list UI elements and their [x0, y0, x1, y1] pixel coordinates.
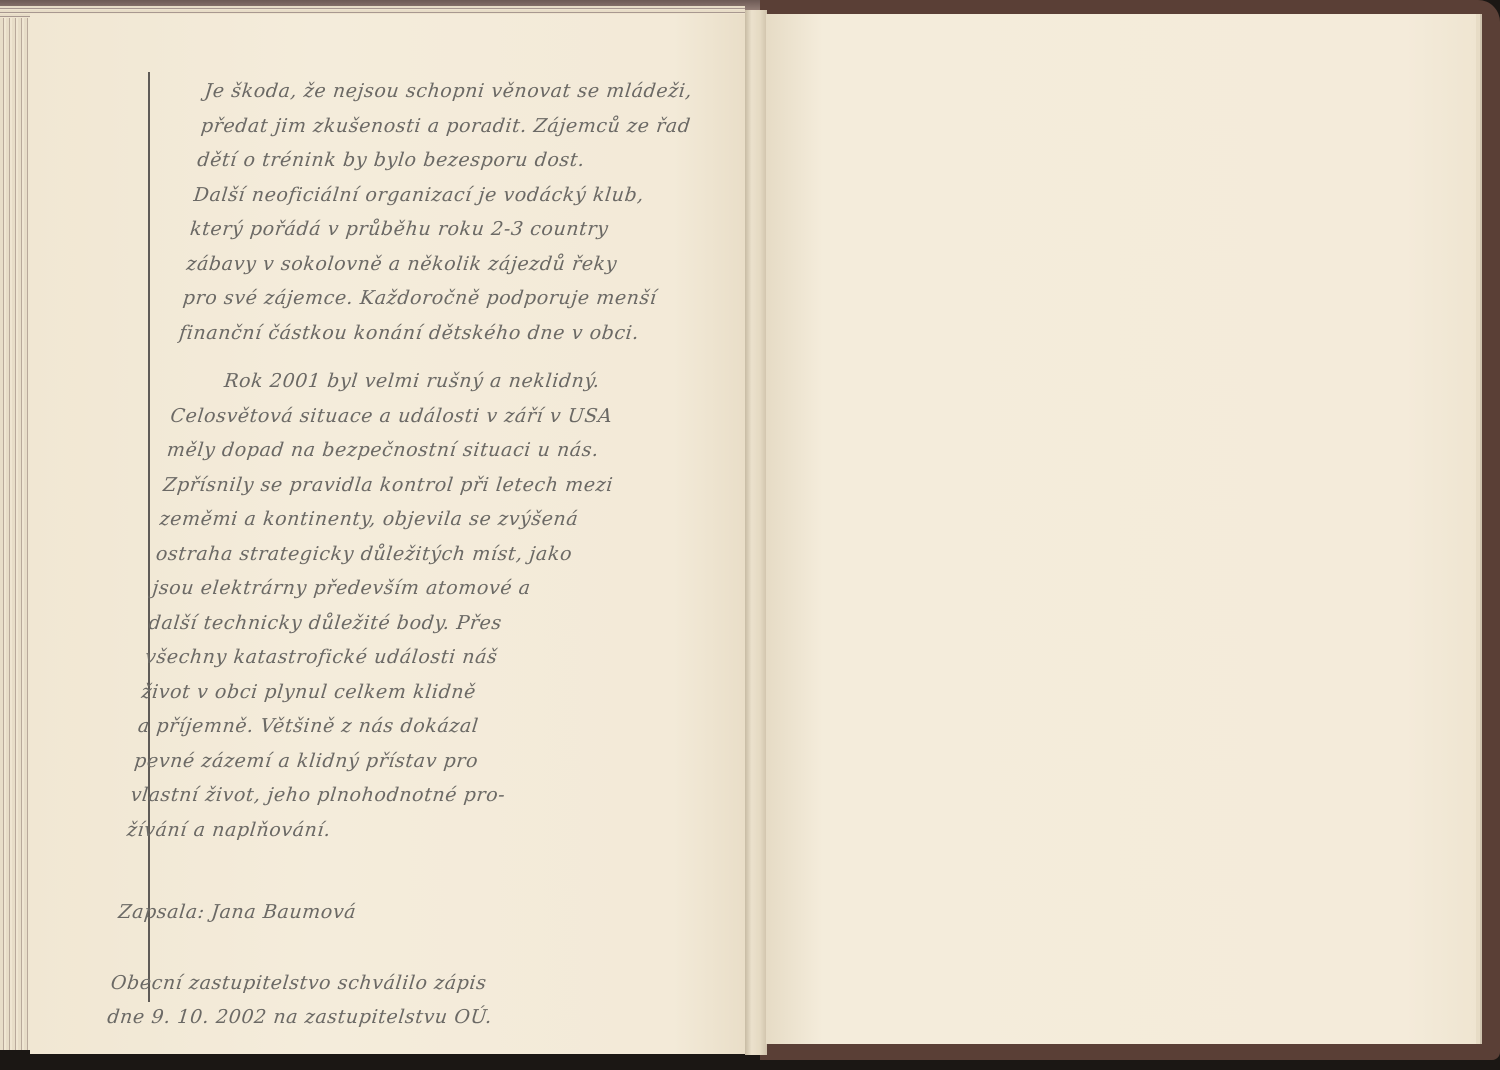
text-line: další technicky důležité body. Přes	[147, 606, 671, 641]
text-line: Je škoda, že nejsou schopni věnovat se m…	[203, 74, 727, 109]
text-line: jsou elektrárny především atomové a	[151, 571, 675, 606]
text-line: pro své zájemce. Každoročně podporuje me…	[181, 281, 705, 316]
text-line: dětí o trénink by bylo bezesporu dost.	[196, 143, 720, 178]
text-line: a příjemně. Většině z nás dokázal	[136, 709, 660, 744]
right-page-blank	[766, 14, 1476, 1044]
book-gutter	[745, 10, 767, 1055]
paragraph-youth-and-clubs: Je škoda, že nejsou schopni věnovat se m…	[177, 74, 726, 350]
text-line: Zpřísnily se pravidla kontrol při letech…	[161, 468, 685, 503]
text-line: Celosvětová situace a události v září v …	[169, 399, 693, 434]
text-line: Další neoficiální organizací je vodácký …	[192, 178, 716, 213]
text-line: finanční částkou konání dětského dne v o…	[177, 316, 701, 351]
handwritten-text: Je škoda, že nejsou schopni věnovat se m…	[106, 74, 727, 1035]
text-line: měly dopad na bezpečnostní situaci u nás…	[165, 433, 689, 468]
text-line: vlastní život, jeho plnohodnotné pro-	[129, 778, 653, 813]
text-line: ostraha strategicky důležitých míst, jak…	[154, 537, 678, 572]
text-line: Obecní zastupitelstvo schválilo zápis	[109, 966, 633, 1001]
signature: Zapsala: Jana Baumová	[117, 895, 641, 930]
text-line: zábavy v sokolovně a několik zájezdů řek…	[185, 247, 709, 282]
text-line: pevné zázemí a klidný přístav pro	[132, 744, 656, 779]
paragraph-year-2001: Rok 2001 byl velmi rušný a neklidný. Cel…	[125, 364, 696, 847]
text-line: Rok 2001 byl velmi rušný a neklidný.	[172, 364, 696, 399]
text-line: předat jim zkušenosti a poradit. Zájemců…	[199, 109, 723, 144]
text-line: všechny katastrofické události náš	[143, 640, 667, 675]
text-line: žívání a naplňování.	[125, 813, 649, 848]
text-line: zeměmi a kontinenty, objevila se zvýšená	[158, 502, 682, 537]
text-line: který pořádá v průběhu roku 2-3 country	[188, 212, 712, 247]
text-line: život v obci plynul celkem klidně	[140, 675, 664, 710]
text-line: dne 9. 10. 2002 na zastupitelstvu OÚ.	[106, 1000, 630, 1035]
page-stack-edge	[0, 6, 34, 1050]
approval-note: Obecní zastupitelstvo schválilo zápis dn…	[106, 966, 633, 1035]
